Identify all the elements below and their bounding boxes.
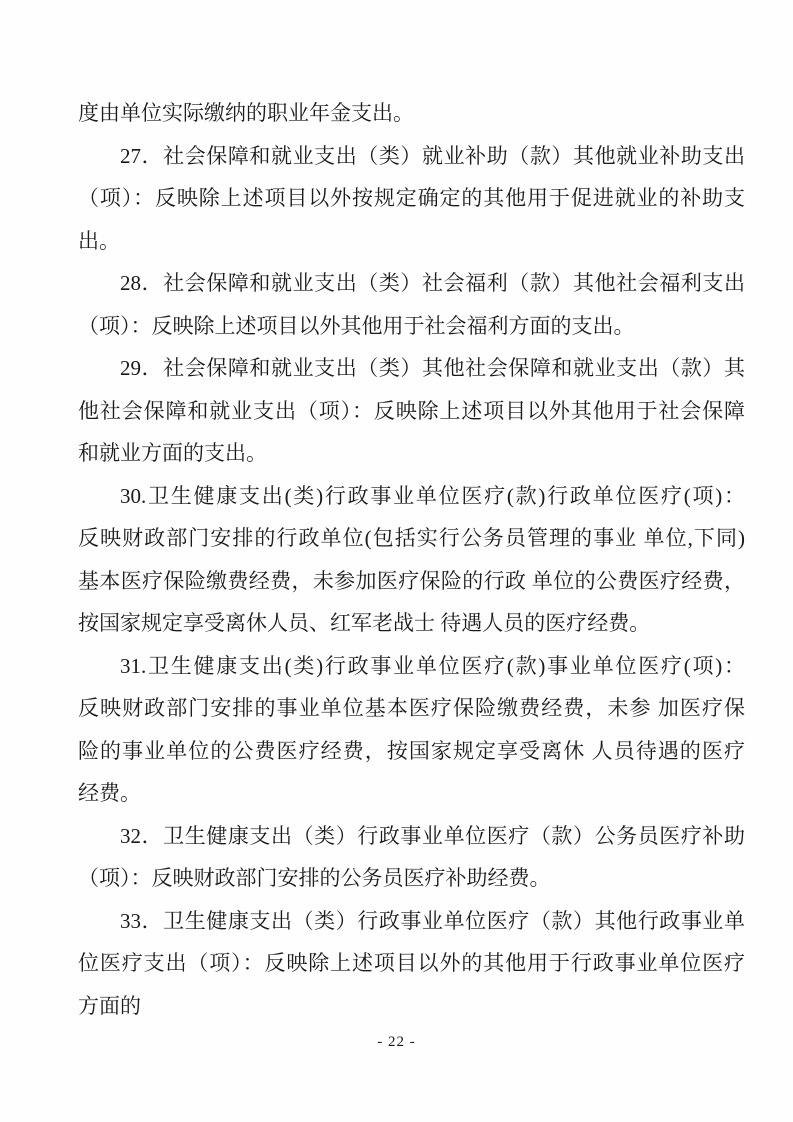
text-line: （项）：反映除上述项目以外按规定确定的其他用于促进就业的补助支	[78, 177, 745, 220]
text-line: 基本医疗保险缴费经费，未参加医疗保险的行政 单位的公费医疗经费，	[78, 560, 745, 603]
text-line: 经费。	[78, 772, 745, 815]
page-number: - 22 -	[0, 1034, 793, 1051]
document-body: 度由单位实际缴纳的职业年金支出。 27．社会保障和就业支出（类）就业补助（款）其…	[78, 92, 745, 1027]
text-line: （项）：反映财政部门安排的公务员医疗补助经费。	[78, 857, 745, 900]
text-line: 30.卫生健康支出(类)行政事业单位医疗(款)行政单位医疗(项)：	[78, 475, 745, 518]
text-line: 28．社会保障和就业支出（类）社会福利（款）其他社会福利支出	[78, 262, 745, 305]
text-line: 27．社会保障和就业支出（类）就业补助（款）其他就业补助支出	[78, 135, 745, 178]
text-line: 31.卫生健康支出(类)行政事业单位医疗(款)事业单位医疗(项)：	[78, 645, 745, 688]
text-line: 反映财政部门安排的行政单位(包括实行公务员管理的事业 单位,下同)	[78, 517, 745, 560]
text-line: （项）：反映除上述项目以外其他用于社会福利方面的支出。	[78, 305, 745, 348]
text-line: 32．卫生健康支出（类）行政事业单位医疗（款）公务员医疗补助	[78, 815, 745, 858]
text-line: 度由单位实际缴纳的职业年金支出。	[78, 92, 745, 135]
text-line: 按国家规定享受离休人员、红军老战士 待遇人员的医疗经费。	[78, 602, 745, 645]
text-line: 33．卫生健康支出（类）行政事业单位医疗（款）其他行政事业单	[78, 900, 745, 943]
text-line: 他社会保障和就业支出（项）：反映除上述项目以外其他用于社会保障	[78, 390, 745, 433]
text-line: 方面的	[78, 985, 745, 1028]
text-line: 位医疗支出（项）：反映除上述项目以外的其他用于行政事业单位医疗	[78, 942, 745, 985]
text-line: 险的事业单位的公费医疗经费，按国家规定享受离休 人员待遇的医疗	[78, 730, 745, 773]
text-line: 反映财政部门安排的事业单位基本医疗保险缴费经费，未参 加医疗保	[78, 687, 745, 730]
text-line: 29．社会保障和就业支出（类）其他社会保障和就业支出（款）其	[78, 347, 745, 390]
text-line: 和就业方面的支出。	[78, 432, 745, 475]
document-page: 度由单位实际缴纳的职业年金支出。 27．社会保障和就业支出（类）就业补助（款）其…	[0, 0, 793, 1122]
text-line: 出。	[78, 220, 745, 263]
